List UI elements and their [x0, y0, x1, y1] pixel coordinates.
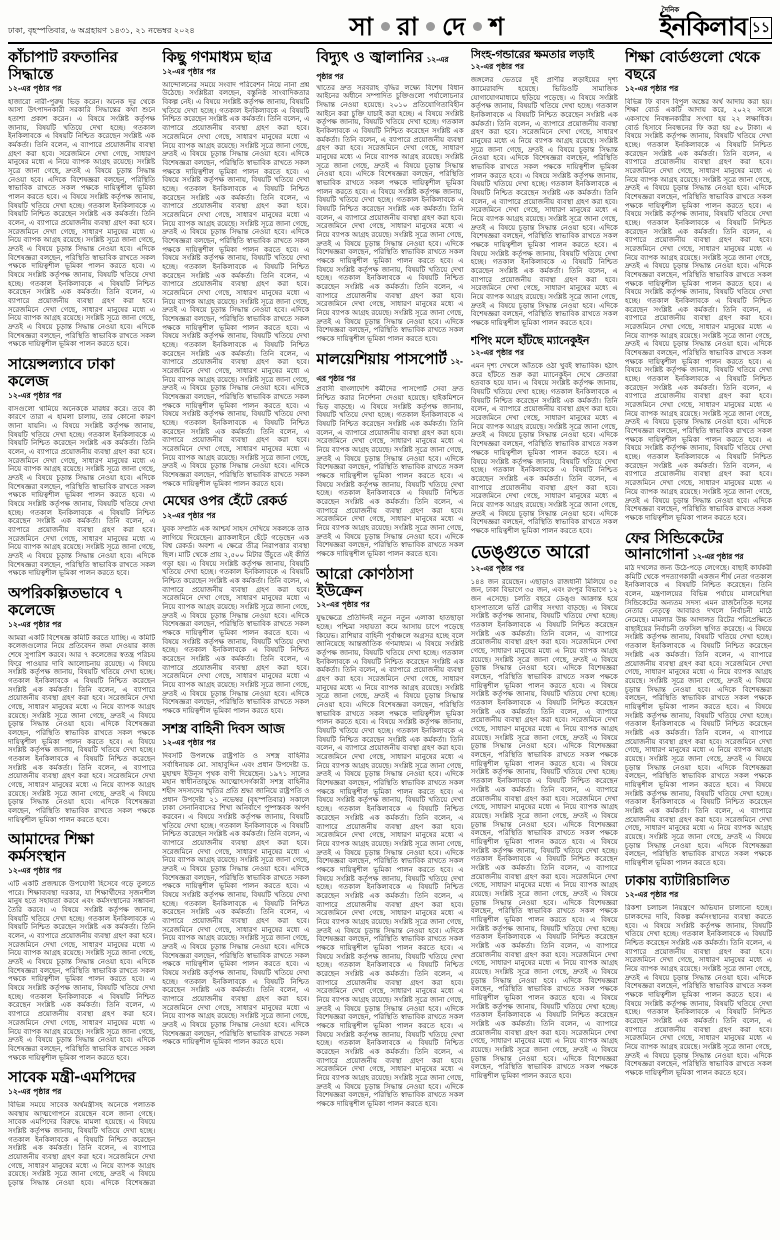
- article-headline: অপরিকল্পিতভাবে ৭ কলেজে: [8, 585, 155, 619]
- article-headline: ফের সিন্ডিকেটের আনাগোনা১২-এর পৃষ্ঠার পর: [625, 530, 772, 564]
- article-headline: আরো কোণঠাসা ইউক্রেন: [316, 566, 463, 600]
- section-title: সারাদেশ: [349, 14, 505, 39]
- article: আমাদের শিক্ষা কর্মসংস্থান ১২-এর পৃষ্ঠার …: [8, 831, 155, 1062]
- article-body: জঙ্গলের ভেতরে দুই প্রাণীর লড়াইয়ের দৃশ্…: [471, 76, 618, 327]
- newspaper-brand: দৈনিক ইনকিলাব ১১: [660, 14, 772, 39]
- continued-from-note: ১২-এর পৃষ্ঠার পর: [471, 62, 618, 74]
- article-body: বাসগুলো থামিয়ে অনেককে মারধর করে। তবে কী…: [8, 405, 155, 578]
- article-body: আন্দোলনের সময়ে সংবাদ পরিবেশন নিয়ে নানা…: [162, 81, 309, 489]
- section-title-dot-icon: [426, 22, 435, 31]
- article: আরো কোণঠাসা ইউক্রেন ১২-এর পৃষ্ঠার পর যুদ…: [316, 566, 463, 1109]
- article-body: বিভিন্ন সময়ে সাবেক অর্থমন্ত্রীসহ অনেকে …: [8, 1101, 155, 1188]
- continued-from-note: ১২-এর পৃষ্ঠার পর: [625, 890, 772, 902]
- article-body: যুদ্ধক্ষেত্রে প্রতিদিনই নতুন নতুন এলাকা …: [316, 614, 463, 1108]
- continued-from-note: ১২-এর পৃষ্ঠার পর: [471, 564, 618, 576]
- article-headline: সিংহ-গন্ডারের ক্ষমতার লড়াই: [471, 49, 618, 61]
- article-body: প্রবাসী বাংলাদেশি কর্মীদের পাসপোর্ট সেবা…: [316, 385, 463, 558]
- section-title-dot-icon: [381, 22, 390, 31]
- article-body: দিবসটি উপলক্ষে রাষ্ট্রপতি ও সশস্ত্র বাহি…: [162, 752, 309, 1047]
- article-headline: শিক্ষা বোর্ডগুলো থেকে বছরে: [625, 49, 772, 83]
- section-title-dot-icon: [473, 22, 482, 31]
- section-title-letter: শ: [489, 14, 505, 39]
- column-2: কিছু গণমাধ্যম ছাত্র ১২-এর পৃষ্ঠার পর আন্…: [162, 48, 309, 1228]
- continued-from-note: ১২-এর পৃষ্ঠার পর: [8, 84, 155, 96]
- brand-prefix: দৈনিক: [662, 7, 680, 14]
- article: বিদ্যুৎ ও জ্বালানির১২-এর পৃষ্ঠার পর খাতে…: [316, 49, 463, 344]
- continued-from-note: ১২-এর পৃষ্ঠার পর: [8, 866, 155, 878]
- dateline: ঢাকা, বৃহস্পতিবার, ৬ অগ্রহায়ণ ১৪৩১, ২১ …: [8, 25, 195, 39]
- article: ঢাকায় ব্যাটারিচালিত ১২-এর পৃষ্ঠার পর রি…: [625, 875, 772, 1078]
- article: ডেঙ্গুতে আরো ১২-এর পৃষ্ঠার পর ১৪৪ জন রয়…: [471, 543, 618, 1081]
- article-body: বিভিন্ন ফি বাবদ বিপুল অঙ্কের অর্থ আদায় …: [625, 98, 772, 523]
- newspaper-logo: ইনকিলাব: [660, 12, 747, 41]
- article-body: হাজারো নারী-পুরুষ ভিড় করেন। অনেক দূর থে…: [8, 98, 155, 349]
- article-headline: শপিং মলে হাঁটছে ম্যানেকুইন: [471, 335, 618, 347]
- article-headline: সশস্ত্র বাহিনী দিবস আজ: [162, 723, 309, 738]
- article: কাঁচাপাট রফতানির সিদ্ধান্তে ১২-এর পৃষ্ঠা…: [8, 49, 155, 349]
- continued-from-note: ১২-এর পৃষ্ঠার পর: [8, 391, 155, 403]
- article-headline: ঢাকায় ব্যাটারিচালিত: [625, 875, 772, 890]
- page-number-badge: ১১: [750, 17, 772, 39]
- masthead: ঢাকা, বৃহস্পতিবার, ৬ অগ্রহায়ণ ১৪৩১, ২১ …: [8, 4, 772, 44]
- continued-from-note: ১২-এর পৃষ্ঠার পর: [8, 620, 155, 632]
- section-title-letter: রা: [397, 14, 419, 39]
- column-1: কাঁচাপাট রফতানির সিদ্ধান্তে ১২-এর পৃষ্ঠা…: [8, 48, 155, 1228]
- article: কিছু গণমাধ্যম ছাত্র ১২-এর পৃষ্ঠার পর আন্…: [162, 49, 309, 488]
- newspaper-page: ঢাকা, বৃহস্পতিবার, ৬ অগ্রহায়ণ ১৪৩১, ২১ …: [0, 0, 780, 1240]
- continued-from-note: ১২-এর পৃষ্ঠার পর: [471, 348, 618, 360]
- continued-from-note: ১২-এর পৃষ্ঠার পর: [316, 600, 463, 612]
- article: মালয়েশিয়ায় পাসপোর্ট১২-এর পৃষ্ঠার পর প…: [316, 351, 463, 559]
- article: শপিং মলে হাঁটছে ম্যানেকুইন ১২-এর পৃষ্ঠার…: [471, 335, 618, 536]
- article: সায়েন্সল্যাবে ঢাকা কলেজ ১২-এর পৃষ্ঠার প…: [8, 356, 155, 578]
- continued-from-note: ১২-এর পৃষ্ঠার পর: [625, 84, 772, 96]
- article-headline: মেঘের ওপর হেঁটে রেকর্ড: [162, 495, 309, 510]
- article-headline: ডেঙ্গুতে আরো: [471, 543, 618, 563]
- article-body: রিকশা চলাচল নিয়ন্ত্রণে অভিযান চালানো হচ…: [625, 904, 772, 1077]
- article: অপরিকল্পিতভাবে ৭ কলেজে ১২-এর পৃষ্ঠার পর …: [8, 585, 155, 824]
- article-headline: কিছু গণমাধ্যম ছাত্র: [162, 49, 309, 66]
- column-3: বিদ্যুৎ ও জ্বালানির১২-এর পৃষ্ঠার পর খাতে…: [316, 48, 463, 1228]
- article: মেঘের ওপর হেঁটে রেকর্ড ১২-এর পৃষ্ঠার পর …: [162, 495, 309, 715]
- continued-from-note: ১২-এর পৃষ্ঠার পর: [8, 1087, 155, 1099]
- article: সশস্ত্র বাহিনী দিবস আজ ১২-এর পৃষ্ঠার পর …: [162, 723, 309, 1047]
- article: ফের সিন্ডিকেটের আনাগোনা১২-এর পৃষ্ঠার পর …: [625, 530, 772, 868]
- continued-from-note: ১২-এর পৃষ্ঠার পর: [162, 738, 309, 750]
- article-headline: আমাদের শিক্ষা কর্মসংস্থান: [8, 831, 155, 865]
- article-headline: সাবেক মন্ত্রী-এমপিদের: [8, 1069, 155, 1086]
- article-body: আমরা একটি বিশেষজ্ঞ কমিটি করতে যাচ্ছি। এ …: [8, 634, 155, 825]
- article-headline: সায়েন্সল্যাবে ঢাকা কলেজ: [8, 356, 155, 390]
- continued-from-note: ১২-এর পৃষ্ঠার পর: [162, 67, 309, 79]
- article-body: মাঠ দখলের জন্য উঠে-পড়ে লেগেছে। বাছাই কা…: [625, 564, 772, 868]
- section-title-letter: দে: [442, 14, 466, 39]
- article-body: ১৪৪ জন রয়েছেন। এছাড়াও রাজধানী মিলিয়ে …: [471, 578, 618, 1081]
- column-4: সিংহ-গন্ডারের ক্ষমতার লড়াই ১২-এর পৃষ্ঠা…: [471, 48, 618, 1228]
- article-body: এমন দৃশ্য দেখলে আঁতকে ওঠা খুবই স্বাভাবিক…: [471, 362, 618, 535]
- article: শিক্ষা বোর্ডগুলো থেকে বছরে ১২-এর পৃষ্ঠার…: [625, 49, 772, 523]
- article-body: খাতের দ্রুত সরবরাহ বৃদ্ধির লক্ষ্যে বিশেষ…: [316, 84, 463, 344]
- continued-from-note: ১২-এর পৃষ্ঠার পর: [692, 552, 743, 561]
- article-headline: কাঁচাপাট রফতানির সিদ্ধান্তে: [8, 49, 155, 83]
- continued-from-note: ১২-এর পৃষ্ঠার পর: [162, 511, 309, 523]
- column-5: শিক্ষা বোর্ডগুলো থেকে বছরে ১২-এর পৃষ্ঠার…: [625, 48, 772, 1228]
- article-headline: বিদ্যুৎ ও জ্বালানির১২-এর পৃষ্ঠার পর: [316, 49, 463, 83]
- article-headline: মালয়েশিয়ায় পাসপোর্ট১২-এর পৃষ্ঠার পর: [316, 351, 463, 385]
- article-body: যুবক সম্প্রতি এক আশ্চর্য সাহস দেখিয়ে সক…: [162, 525, 309, 716]
- columns-container: কাঁচাপাট রফতানির সিদ্ধান্তে ১২-এর পৃষ্ঠা…: [8, 48, 772, 1228]
- article: সিংহ-গন্ডারের ক্ষমতার লড়াই ১২-এর পৃষ্ঠা…: [471, 49, 618, 328]
- article-body: এটি একটি প্রজন্মকে উপযোগী হিসেবে গড়ে তু…: [8, 880, 155, 1062]
- section-title-letter: সা: [349, 14, 374, 39]
- article: সাবেক মন্ত্রী-এমপিদের ১২-এর পৃষ্ঠার পর ব…: [8, 1069, 155, 1188]
